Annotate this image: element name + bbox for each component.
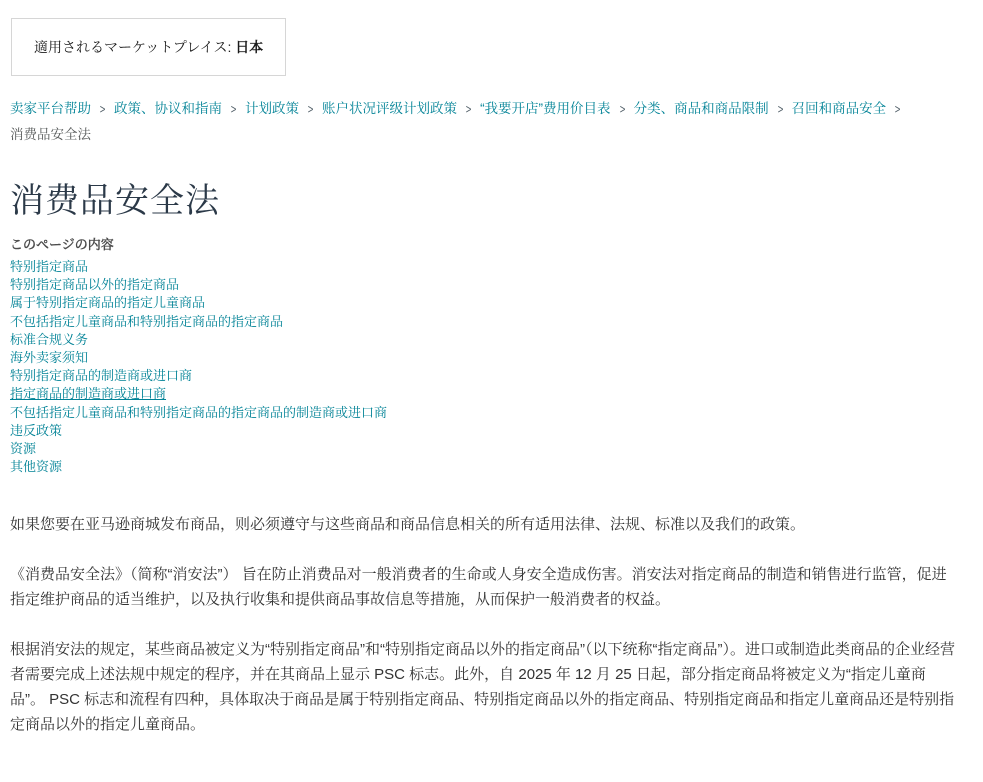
toc-link-standard-compliance[interactable]: 标准合规义务 [10,332,88,347]
toc-item: 不包括指定儿童商品和特别指定商品的指定商品 [10,313,973,331]
toc-link-manufacturers-excluding[interactable]: 不包括指定儿童商品和特别指定商品的指定商品的制造商或进口商 [10,405,387,420]
toc-link-other-resources[interactable]: 其他资源 [10,459,62,474]
article-body: 如果您要在亚马逊商城发布商品，则必须遵守与这些商品和商品信息相关的所有适用法律、… [10,512,958,737]
toc-item: 不包括指定儿童商品和特别指定商品的指定商品的制造商或进口商 [10,404,973,422]
toc-link-specified-children-products[interactable]: 属于特别指定商品的指定儿童商品 [10,295,205,310]
toc-link-specified-products-other[interactable]: 特别指定商品以外的指定商品 [10,277,179,292]
breadcrumb-separator: > [100,96,106,124]
toc-item: 特别指定商品的制造商或进口商 [10,367,973,385]
toc-heading: このページの内容 [10,234,973,253]
breadcrumb-link-category-restrictions[interactable]: 分类、商品和商品限制 [634,101,769,116]
toc-item: 海外卖家须知 [10,349,973,367]
paragraph-psc-details: 根据消安法的规定，某些商品被定义为“特别指定商品”和“特别指定商品以外的指定商品… [10,637,958,737]
breadcrumb-current-page: 消费品安全法 [10,122,973,147]
toc-item: 属于特别指定商品的指定儿童商品 [10,294,973,312]
toc-item: 违反政策 [10,422,973,440]
breadcrumb: 卖家平台帮助>政策、协议和指南>计划政策>账户状况评级计划政策>“我要开店”费用… [10,96,973,147]
breadcrumb-link-fee-schedule[interactable]: “我要开店”费用价目表 [480,101,611,116]
toc-link-overseas-sellers[interactable]: 海外卖家须知 [10,350,88,365]
paragraph-intro: 如果您要在亚马逊商城发布商品，则必须遵守与这些商品和商品信息相关的所有适用法律、… [10,512,958,537]
page-title: 消费品安全法 [10,173,973,222]
paragraph-law-overview: 《消费品安全法》（简称“消安法”） 旨在防止消费品对一般消费者的生命或人身安全造… [10,562,958,612]
toc-item: 资源 [10,440,973,458]
toc-item: 特别指定商品以外的指定商品 [10,276,973,294]
toc-link-specified-products-excluding[interactable]: 不包括指定儿童商品和特别指定商品的指定商品 [10,314,283,329]
breadcrumb-link-account-health[interactable]: 账户状况评级计划政策 [322,101,457,116]
breadcrumb-links: 卖家平台帮助>政策、协议和指南>计划政策>账户状况评级计划政策>“我要开店”费用… [10,101,909,116]
toc-item: 特别指定商品 [10,258,973,276]
breadcrumb-separator: > [231,96,237,124]
marketplace-label: 適用されるマーケットプレイス: [34,39,231,55]
breadcrumb-link-policies[interactable]: 政策、协议和指南 [114,101,222,116]
help-page: 適用されるマーケットプレイス: 日本 卖家平台帮助>政策、协议和指南>计划政策>… [0,0,983,782]
breadcrumb-separator: > [895,96,901,124]
breadcrumb-separator: > [466,96,472,124]
breadcrumb-link-seller-help[interactable]: 卖家平台帮助 [10,101,91,116]
breadcrumb-separator: > [308,96,314,124]
toc-link-resources[interactable]: 资源 [10,441,36,456]
toc-link-policy-violations[interactable]: 违反政策 [10,423,62,438]
breadcrumb-link-program-policies[interactable]: 计划政策 [245,101,299,116]
breadcrumb-link-recalls-product-safety[interactable]: 召回和商品安全 [792,101,887,116]
marketplace-value: 日本 [235,39,263,55]
breadcrumb-separator: > [777,96,783,124]
table-of-contents: 特别指定商品 特别指定商品以外的指定商品 属于特别指定商品的指定儿童商品 不包括… [10,258,973,476]
toc-item: 标准合规义务 [10,331,973,349]
breadcrumb-separator: > [619,96,625,124]
toc-item: 其他资源 [10,458,973,476]
marketplace-box: 適用されるマーケットプレイス: 日本 [11,18,286,76]
toc-link-manufacturers-specially-specified[interactable]: 特别指定商品的制造商或进口商 [10,368,192,383]
toc-link-manufacturers-specified[interactable]: 指定商品的制造商或进口商 [10,386,166,401]
toc-item: 指定商品的制造商或进口商 [10,385,973,403]
toc-link-specially-specified-products[interactable]: 特别指定商品 [10,259,88,274]
